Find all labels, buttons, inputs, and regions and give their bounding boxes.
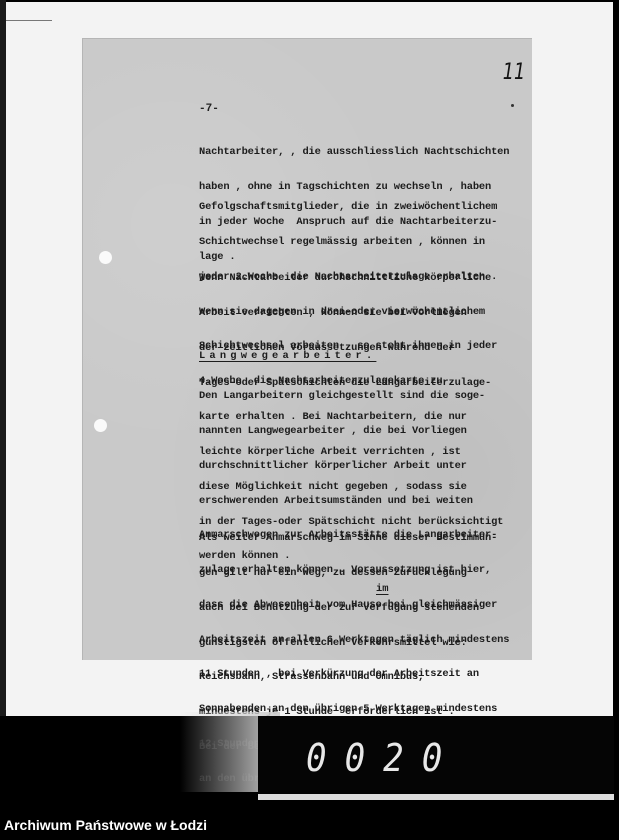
archive-footer-bar: Archiwum Państwowe w Łodzi — [0, 808, 619, 840]
text-line: günstigsten öffentlichen Verkehrsmittel … — [199, 638, 534, 650]
frame-counter-digits: 0020 — [306, 736, 460, 780]
text-line: Schichtwechsel regelmässig arbeiten , kö… — [199, 237, 497, 249]
text-line: Nachtarbeiter, , die ausschliesslich Nac… — [199, 147, 509, 159]
section-heading: Langwegearbeiter. — [199, 350, 376, 362]
text-line: auch bei Benutzung der zur Verfügung ste… — [199, 603, 534, 615]
punch-hole-icon — [94, 419, 107, 432]
text-line: gen gilt nur ein Weg, zu dessen Zurückle… — [199, 568, 534, 580]
text-line: Arbeit verrichten , können sie bei Vorli… — [199, 308, 503, 320]
text-line: Als weiter Anmarschweg im Sinne dieser B… — [199, 533, 534, 545]
catchword: im — [376, 583, 388, 595]
text-line: erschwerenden Arbeitsumständen und bei w… — [199, 496, 509, 508]
text-line: Den Langarbeitern gleichgestellt sind di… — [199, 391, 509, 403]
punch-hole-icon — [99, 251, 112, 264]
frame-ruler-mark — [6, 20, 52, 21]
page-number: -7- — [199, 103, 219, 115]
frame-counter-display: 0020 — [258, 716, 614, 800]
archive-name: Archiwum Państwowe w Łodzi — [4, 817, 207, 833]
speck — [511, 104, 514, 107]
text-line: durchschnittlicher körperlicher Arbeit u… — [199, 461, 509, 473]
text-line: nannten Langwegearbeiter , die bei Vorli… — [199, 426, 509, 438]
text-line: Wenn Nachtarbeiter durchschnittliche kör… — [199, 273, 503, 285]
text-line: Reichsbahn, Strassenbahn und Omnibus, — [199, 672, 534, 684]
handwritten-folio-number: 11 — [503, 60, 525, 85]
text-line: Gefolgschaftsmitglieder, die in zweiwöch… — [199, 202, 497, 214]
